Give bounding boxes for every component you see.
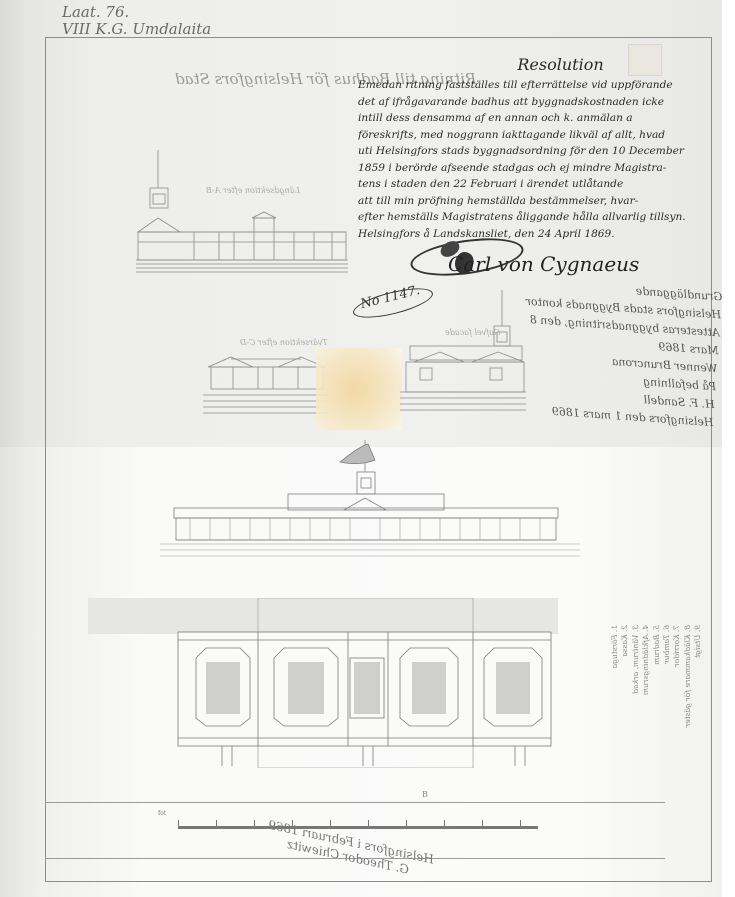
legend-entry: 8. Klädkammare för gäster: [683, 625, 693, 727]
resolution-line: tens i staden den 22 Februari i ärendet …: [358, 176, 723, 193]
main-facade-drawing: [160, 440, 580, 565]
resolution-line: Emedan ritning fastställes till efterrät…: [358, 77, 723, 94]
resolution-line: intill dess densamma af en annan och k. …: [358, 110, 723, 127]
section-label: Tvärsektion efter C-D: [240, 338, 328, 347]
border-rule-upper: [45, 802, 665, 803]
water-stain: [316, 348, 402, 430]
resolution-line: efter hemställs Magistratens åliggande h…: [358, 209, 723, 226]
legend-entry: 1. Förstuga: [610, 625, 620, 727]
legend-entry: 4. Afklädningsrum: [641, 625, 651, 727]
resolution-line: uti Helsingfors stads byggnadsordning fö…: [358, 143, 723, 160]
resolution-line: det af ifrågavarande badhus att byggnads…: [358, 94, 723, 111]
sheet-edge: [722, 0, 735, 897]
resolution-line: 1859 i berörde afseende stadgas och ej m…: [358, 160, 723, 177]
scale-tick: [482, 820, 483, 828]
legend-entry: 2. Kassa: [620, 625, 630, 727]
archive-note-line-2: VIII K.G. Umdalaita: [62, 21, 211, 38]
resolution-line: föreskrifts, med noggrann iakttagande li…: [358, 127, 723, 144]
resolution-text: Resolution Emedan ritning fastställes ti…: [358, 55, 723, 242]
scale-tick: [330, 820, 331, 828]
scale-tick: [254, 820, 255, 828]
legend-entry: 6. Tambur: [662, 625, 672, 727]
scale-tick: [368, 820, 369, 828]
section-label: Längdsektion efter A-B: [206, 186, 300, 195]
resolution-line: att till min pröfning hemställda bestämm…: [358, 193, 723, 210]
gable-facade-drawing: [400, 290, 526, 415]
margin-notes: Grundläggande Helsingfors stads Byggnads…: [533, 276, 723, 432]
scale-tick: [520, 820, 521, 828]
legend-entry: 3. Väntrum, arkad: [631, 625, 641, 727]
longitudinal-section-drawing: [134, 150, 350, 275]
scale-tick: [178, 820, 179, 828]
legend-entry: 7. Korridor: [672, 625, 682, 727]
drawing-marker: B: [422, 790, 428, 799]
governor-signature: Carl von Cygnaeus: [448, 252, 639, 276]
archive-note-line-1: Laat. 76.: [62, 4, 211, 21]
cross-section-drawing: [203, 345, 328, 420]
scale-bar: [178, 826, 538, 829]
room-legend: 1. Förstuga 2. Kassa 3. Väntrum, arkad 4…: [610, 625, 704, 727]
section-label: Gafvel facade: [445, 328, 500, 337]
floor-plan-drawing: [88, 598, 558, 768]
legend-entry: 9. Utsigt: [693, 625, 703, 727]
archive-note: Laat. 76. VIII K.G. Umdalaita: [62, 4, 211, 38]
resolution-title: Resolution: [398, 55, 723, 75]
legend-entry: 5. Badrum: [652, 625, 662, 727]
scale-unit: fot: [158, 810, 166, 817]
scale-tick: [444, 820, 445, 828]
resolution-line: Helsingfors å Landskansliet, den 24 Apri…: [358, 226, 723, 243]
scale-tick: [406, 820, 407, 828]
scale-tick: [216, 820, 217, 828]
document-sheet: Laat. 76. VIII K.G. Umdalaita Ritning ti…: [0, 0, 735, 897]
